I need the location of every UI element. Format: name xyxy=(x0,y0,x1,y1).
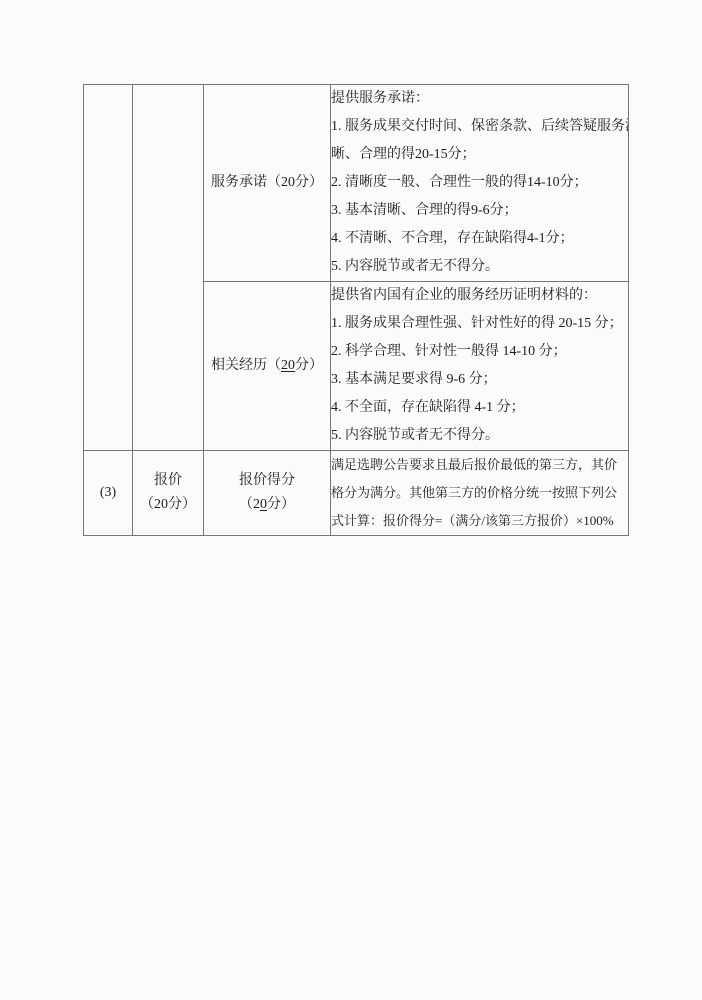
index-cell-empty xyxy=(84,85,133,451)
category-label-line: （20分） xyxy=(133,493,203,517)
criterion-desc-service-commitment: 提供服务承诺： 1. 服务成果交付时间、保密条款、后续答疑服务清 晰、合理的得2… xyxy=(331,85,629,282)
desc-line: 2. 清晰度一般、合理性一般的得14-10分； xyxy=(331,169,628,197)
criterion-name-price-score: 报价得分 （20分） xyxy=(204,451,331,536)
desc-line: 1. 服务成果合理性强、针对性好的得 20-15 分； xyxy=(331,310,628,338)
underlined-score: 0 xyxy=(260,497,267,512)
underlined-score: 20 xyxy=(281,358,295,373)
table-row: (3) 报价 （20分） 报价得分 （20分） 满足选聘公告要求且最后报价最低的… xyxy=(84,451,629,536)
desc-line: 2. 科学合理、针对性一般得 14-10 分； xyxy=(331,338,628,366)
desc-line: 3. 基本满足要求得 9-6 分； xyxy=(331,366,628,394)
category-cell-price: 报价 （20分） xyxy=(133,451,204,536)
criterion-label-line: （20分） xyxy=(204,493,330,517)
category-label-line: 报价 xyxy=(133,469,203,493)
desc-line: 4. 不全面，存在缺陷得 4-1 分； xyxy=(331,394,628,422)
criterion-label: 相关经历（20分） xyxy=(211,358,323,373)
table-row: 服务承诺（20分） 提供服务承诺： 1. 服务成果交付时间、保密条款、后续答疑服… xyxy=(84,85,629,282)
criterion-desc-price: 满足选聘公告要求且最后报价最低的第三方，其价 格分为满分。其他第三方的价格分统一… xyxy=(331,451,629,536)
criterion-label-line: 报价得分 xyxy=(204,469,330,493)
criterion-desc-related-experience: 提供省内国有企业的服务经历证明材料的： 1. 服务成果合理性强、针对性好的得 2… xyxy=(331,282,629,451)
desc-line: 提供省内国有企业的服务经历证明材料的： xyxy=(331,282,628,310)
document-page: 服务承诺（20分） 提供服务承诺： 1. 服务成果交付时间、保密条款、后续答疑服… xyxy=(0,0,702,1000)
desc-line: 满足选聘公告要求且最后报价最低的第三方，其价 xyxy=(331,451,628,479)
evaluation-criteria-table: 服务承诺（20分） 提供服务承诺： 1. 服务成果交付时间、保密条款、后续答疑服… xyxy=(83,84,629,536)
desc-line: 1. 服务成果交付时间、保密条款、后续答疑服务清 xyxy=(331,113,628,141)
desc-line: 5. 内容脱节或者无不得分。 xyxy=(331,253,628,281)
desc-line: 式计算：报价得分=（满分/该第三方报价）×100% xyxy=(331,507,628,535)
row-index-cell: (3) xyxy=(84,451,133,536)
desc-line: 格分为满分。其他第三方的价格分统一按照下列公 xyxy=(331,479,628,507)
desc-line: 晰、合理的得20-15分； xyxy=(331,141,628,169)
desc-line: 4. 不清晰、不合理，存在缺陷得4-1分； xyxy=(331,225,628,253)
desc-line: 3. 基本清晰、合理的得9-6分； xyxy=(331,197,628,225)
criterion-name-service-commitment: 服务承诺（20分） xyxy=(204,85,331,282)
row-index: (3) xyxy=(100,485,116,500)
criterion-name-related-experience: 相关经历（20分） xyxy=(204,282,331,451)
category-cell-empty xyxy=(133,85,204,451)
desc-line: 5. 内容脱节或者无不得分。 xyxy=(331,422,628,450)
desc-line: 提供服务承诺： xyxy=(331,85,628,113)
criterion-label: 服务承诺（20分） xyxy=(211,175,323,190)
